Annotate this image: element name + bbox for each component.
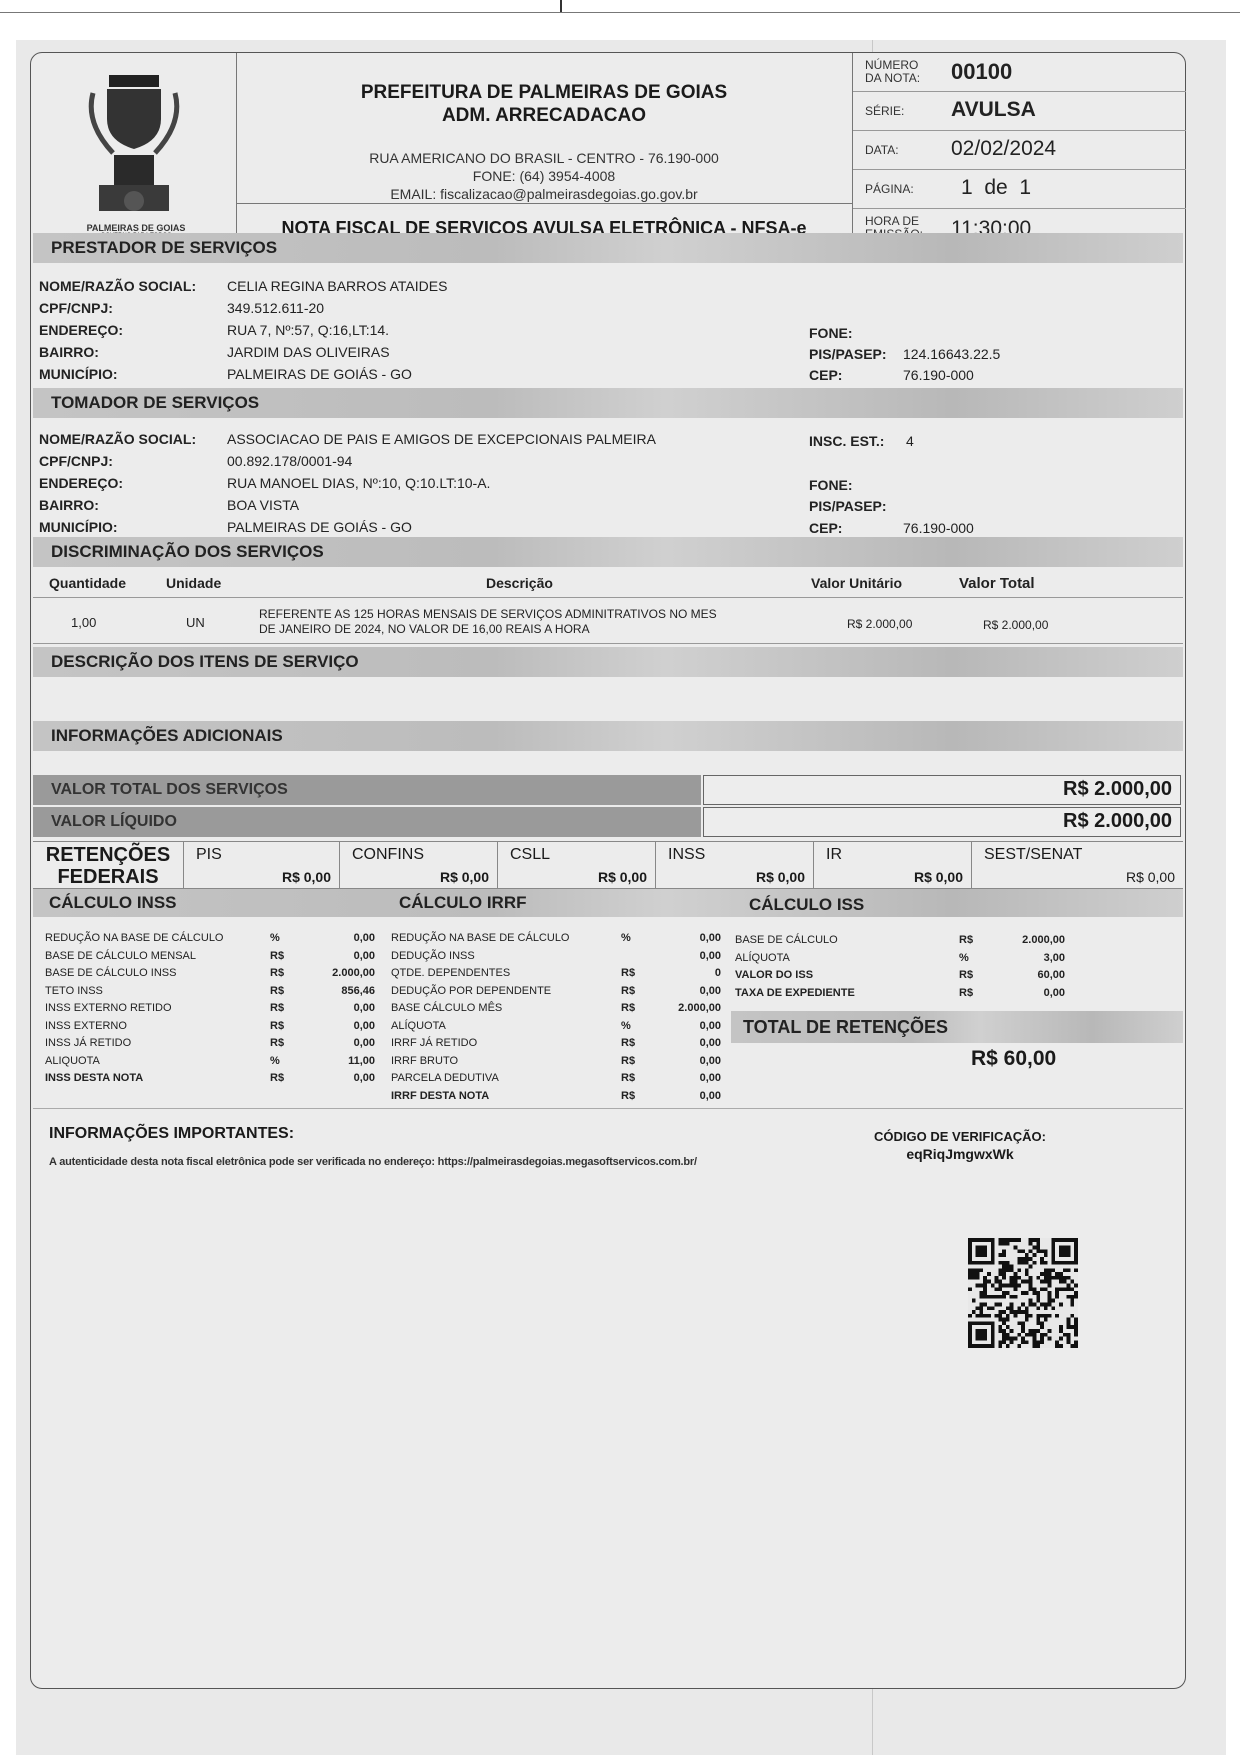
calc-row: BASE CÁLCULO MÊSR$2.000,00 xyxy=(391,999,721,1017)
calc-label: PARCELA DEDUTIVA xyxy=(391,1069,499,1087)
issuer-title: PREFEITURA DE PALMEIRAS DE GOIAS ADM. AR… xyxy=(236,81,852,127)
calc-row: INSS JÁ RETIDOR$0,00 xyxy=(45,1034,375,1052)
calc-unit: R$ xyxy=(959,931,973,949)
calc-row: IRRF JÁ RETIDOR$0,00 xyxy=(391,1034,721,1052)
calc-unit: % xyxy=(959,949,969,967)
calc-label: INSS EXTERNO RETIDO xyxy=(45,999,172,1017)
pagina-label: PÁGINA: xyxy=(865,183,914,196)
pagina-row: PÁGINA: 1 de 1 xyxy=(853,170,1186,209)
calc-unit: R$ xyxy=(621,1087,635,1105)
calc-label: BASE DE CÁLCULO MENSAL xyxy=(45,947,196,965)
tomador-cpf: 00.892.178/0001-94 xyxy=(227,453,352,469)
calc-value: 0,00 xyxy=(651,947,721,965)
calc-value: 0,00 xyxy=(305,1017,375,1035)
calc-row: ALÍQUOTA%0,00 xyxy=(391,1017,721,1035)
calc-row: DEDUÇÃO INSS0,00 xyxy=(391,947,721,965)
calc-label: ALIQUOTA xyxy=(45,1052,100,1070)
calc-value: 0,00 xyxy=(305,1034,375,1052)
calc-label: QTDE. DEPENDENTES xyxy=(391,964,510,982)
nfsa-document: PALMEIRAS DE GOIAS GOVERNO PARA TODOS PR… xyxy=(30,52,1186,1689)
prestador-bairro: JARDIM DAS OLIVEIRAS xyxy=(227,344,390,360)
codigo-verificacao-label: CÓDIGO DE VERIFICAÇÃO: xyxy=(851,1129,1069,1144)
calc-row: TETO INSSR$856,46 xyxy=(45,982,375,1000)
prestador-bairro-label: BAIRRO: xyxy=(39,344,99,360)
calc-label: BASE DE CÁLCULO xyxy=(735,931,838,949)
calc-unit: R$ xyxy=(270,964,284,982)
calc-unit: % xyxy=(270,929,280,947)
tomador-fone-label: FONE: xyxy=(809,477,853,493)
calc-value: 0,00 xyxy=(305,999,375,1017)
tomador-endereco-label: ENDEREÇO: xyxy=(39,475,123,491)
codigo-verificacao: eqRiqJmgwxWk xyxy=(851,1146,1069,1162)
calculo-irrf-title: CÁLCULO IRRF xyxy=(399,893,526,913)
calc-unit: R$ xyxy=(270,999,284,1017)
informacoes-title: INFORMAÇÕES IMPORTANTES: xyxy=(49,1125,294,1143)
valor-liquido-value: R$ 2.000,00 xyxy=(703,807,1181,837)
calc-label: BASE CÁLCULO MÊS xyxy=(391,999,502,1017)
row-valor-total: R$ 2.000,00 xyxy=(983,618,1048,632)
tomador-cep-label: CEP: xyxy=(809,520,842,536)
tomador-insc-label: INSC. EST.: xyxy=(809,433,884,449)
header-logo-cell: PALMEIRAS DE GOIAS GOVERNO PARA TODOS xyxy=(31,53,237,251)
calc-unit: R$ xyxy=(621,982,635,1000)
tomador-bairro: BOA VISTA xyxy=(227,497,299,513)
serie-value: AVULSA xyxy=(951,98,1036,122)
calc-value: 2.000,00 xyxy=(305,964,375,982)
calc-row: IRRF BRUTOR$0,00 xyxy=(391,1052,721,1070)
calc-unit: R$ xyxy=(621,999,635,1017)
calc-unit: % xyxy=(621,1017,631,1035)
calc-label: INSS JÁ RETIDO xyxy=(45,1034,131,1052)
issuer-email: EMAIL: fiscalizacao@palmeirasdegoias.go.… xyxy=(236,185,852,203)
calc-unit: R$ xyxy=(270,947,284,965)
calc-label: BASE DE CÁLCULO INSS xyxy=(45,964,176,982)
retencao-ir: IRR$ 0,00 xyxy=(813,842,971,888)
calc-unit: R$ xyxy=(621,1052,635,1070)
calc-value: 2.000,00 xyxy=(651,999,721,1017)
calc-label: TAXA DE EXPEDIENTE xyxy=(735,984,855,1002)
tomador-bairro-label: BAIRRO: xyxy=(39,497,99,513)
calc-row: ALÍQUOTA%3,00 xyxy=(735,949,1065,967)
calc-value: 11,00 xyxy=(305,1052,375,1070)
prestador-nome-label: NOME/RAZÃO SOCIAL: xyxy=(39,278,196,294)
issuer-department: ADM. ARRECADACAO xyxy=(236,104,852,127)
calc-unit: R$ xyxy=(270,982,284,1000)
row-valor-unitario: R$ 2.000,00 xyxy=(847,617,912,631)
calc-row: INSS DESTA NOTAR$0,00 xyxy=(45,1069,375,1087)
retencoes-title: RETENÇÕESFEDERAIS xyxy=(33,842,183,888)
calc-label: ALÍQUOTA xyxy=(735,949,790,967)
tomador-insc: 4 xyxy=(906,433,914,449)
calc-value: 856,46 xyxy=(305,982,375,1000)
tomador-cpf-label: CPF/CNPJ: xyxy=(39,453,113,469)
calculo-inss-title: CÁLCULO INSS xyxy=(49,893,177,913)
prestador-section-header: PRESTADOR DE SERVIÇOS xyxy=(33,233,1183,263)
calc-unit: R$ xyxy=(270,1017,284,1035)
row-quantidade: 1,00 xyxy=(71,615,96,630)
prestador-pis: 124.16643.22.5 xyxy=(903,346,1000,362)
row-descricao: REFERENTE AS 125 HORAS MENSAIS DE SERVIÇ… xyxy=(259,607,717,637)
pagina-value: 1 de 1 xyxy=(961,176,1031,200)
numero-nota: 00100 xyxy=(951,59,1012,85)
calc-unit: R$ xyxy=(621,964,635,982)
calc-label: INSS DESTA NOTA xyxy=(45,1069,143,1087)
row-unidade: UN xyxy=(186,615,205,630)
info-adicionais-section-header: INFORMAÇÕES ADICIONAIS xyxy=(33,721,1183,751)
calc-label: VALOR DO ISS xyxy=(735,966,813,984)
calc-bottom-divider xyxy=(33,1108,1183,1109)
calc-row: DEDUÇÃO POR DEPENDENTER$0,00 xyxy=(391,982,721,1000)
calc-unit: R$ xyxy=(270,1034,284,1052)
prestador-cep: 76.190-000 xyxy=(903,367,974,383)
header-center: PREFEITURA DE PALMEIRAS DE GOIAS ADM. AR… xyxy=(236,53,852,251)
calc-row: BASE DE CÁLCULO MENSALR$0,00 xyxy=(45,947,375,965)
calc-value: 0,00 xyxy=(651,982,721,1000)
retencao-confins: CONFINSR$ 0,00 xyxy=(339,842,497,888)
calculo-iss-title: CÁLCULO ISS xyxy=(749,895,864,915)
calc-row: BASE DE CÁLCULO INSSR$2.000,00 xyxy=(45,964,375,982)
calc-unit: % xyxy=(621,929,631,947)
tomador-cep: 76.190-000 xyxy=(903,520,974,536)
calc-row: QTDE. DEPENDENTESR$0 xyxy=(391,964,721,982)
calc-label: IRRF BRUTO xyxy=(391,1052,458,1070)
calc-row: VALOR DO ISSR$60,00 xyxy=(735,966,1065,984)
issuer-name: PREFEITURA DE PALMEIRAS DE GOIAS xyxy=(236,81,852,104)
calc-row: INSS EXTERNO RETIDOR$0,00 xyxy=(45,999,375,1017)
calc-label: INSS EXTERNO xyxy=(45,1017,127,1035)
col-valor-total: Valor Total xyxy=(959,575,1035,592)
issuer-phone: FONE: (64) 3954-4008 xyxy=(236,167,852,185)
logo-city-name: PALMEIRAS DE GOIAS xyxy=(61,223,211,233)
valor-total-label: VALOR TOTAL DOS SERVIÇOS xyxy=(33,775,701,805)
calc-label: REDUÇÃO NA BASE DE CÁLCULO xyxy=(45,929,224,947)
total-retencoes-header: TOTAL DE RETENÇÕES xyxy=(731,1011,1183,1043)
calc-unit: % xyxy=(270,1052,280,1070)
col-unidade: Unidade xyxy=(166,575,221,591)
prestador-fone-label: FONE: xyxy=(809,325,853,341)
itens-section-header: DESCRIÇÃO DOS ITENS DE SERVIÇO xyxy=(33,647,1183,677)
calc-value: 0,00 xyxy=(651,1069,721,1087)
data-row: DATA: 02/02/2024 xyxy=(853,131,1186,170)
calc-row: ALIQUOTA%11,00 xyxy=(45,1052,375,1070)
valor-liquido-label: VALOR LÍQUIDO xyxy=(33,807,701,837)
retencao-inss: INSSR$ 0,00 xyxy=(655,842,813,888)
col-quantidade: Quantidade xyxy=(49,575,126,591)
calc-row: IRRF DESTA NOTAR$0,00 xyxy=(391,1087,721,1105)
calc-row: REDUÇÃO NA BASE DE CÁLCULO%0,00 xyxy=(391,929,721,947)
calc-label: ALÍQUOTA xyxy=(391,1017,446,1035)
prestador-endereco: RUA 7, Nº:57, Q:16,LT:14. xyxy=(227,322,389,338)
calc-unit: R$ xyxy=(959,984,973,1002)
calc-value: 0,00 xyxy=(651,1034,721,1052)
calc-value: 0,00 xyxy=(651,929,721,947)
calc-value: 3,00 xyxy=(995,949,1065,967)
calc-row: PARCELA DEDUTIVAR$0,00 xyxy=(391,1069,721,1087)
tomador-municipio: PALMEIRAS DE GOIÁS - GO xyxy=(227,519,412,535)
calc-value: 0,00 xyxy=(651,1017,721,1035)
calc-label: IRRF JÁ RETIDO xyxy=(391,1034,477,1052)
calc-row: BASE DE CÁLCULOR$2.000,00 xyxy=(735,931,1065,949)
calc-row: INSS EXTERNOR$0,00 xyxy=(45,1017,375,1035)
tomador-pis-label: PIS/PASEP: xyxy=(809,498,887,514)
calc-value: 0 xyxy=(651,964,721,982)
calc-label: REDUÇÃO NA BASE DE CÁLCULO xyxy=(391,929,570,947)
retencao-csll: CSLLR$ 0,00 xyxy=(497,842,655,888)
header-meta: NÚMERODA NOTA: 00100 SÉRIE: AVULSA DATA:… xyxy=(852,53,1186,251)
prestador-municipio-label: MUNICÍPIO: xyxy=(39,366,118,382)
calc-unit: R$ xyxy=(621,1034,635,1052)
numero-label: NÚMERODA NOTA: xyxy=(865,59,920,85)
calc-label: DEDUÇÃO POR DEPENDENTE xyxy=(391,982,551,1000)
prestador-cep-label: CEP: xyxy=(809,367,842,383)
calc-value: 0,00 xyxy=(305,929,375,947)
calc-label: DEDUÇÃO INSS xyxy=(391,947,475,965)
col-valor-unitario: Valor Unitário xyxy=(811,575,902,591)
calc-value: 2.000,00 xyxy=(995,931,1065,949)
calc-row: TAXA DE EXPEDIENTER$0,00 xyxy=(735,984,1065,1002)
data-label: DATA: xyxy=(865,144,899,157)
retencao-sest-senat: SEST/SENATR$ 0,00 xyxy=(971,842,1183,888)
data-value: 02/02/2024 xyxy=(951,137,1056,161)
qr-code-icon[interactable] xyxy=(968,1238,1078,1348)
previous-page-edge xyxy=(0,0,1240,13)
calc-value: 60,00 xyxy=(995,966,1065,984)
calc-value: 0,00 xyxy=(651,1087,721,1105)
table-row-divider xyxy=(33,643,1183,644)
calc-row: REDUÇÃO NA BASE DE CÁLCULO%0,00 xyxy=(45,929,375,947)
prestador-endereco-label: ENDEREÇO: xyxy=(39,322,123,338)
prestador-pis-label: PIS/PASEP: xyxy=(809,346,887,362)
calc-unit: R$ xyxy=(959,966,973,984)
prestador-cpf-label: CPF/CNPJ: xyxy=(39,300,113,316)
valor-total-value: R$ 2.000,00 xyxy=(703,775,1181,805)
prestador-municipio: PALMEIRAS DE GOIÁS - GO xyxy=(227,366,412,382)
prestador-cpf: 349.512.611-20 xyxy=(227,300,324,316)
serie-row: SÉRIE: AVULSA xyxy=(853,92,1186,131)
calc-unit: R$ xyxy=(621,1069,635,1087)
tomador-endereco: RUA MANOEL DIAS, Nº:10, Q:10.LT:10-A. xyxy=(227,475,490,491)
calc-label: TETO INSS xyxy=(45,982,103,1000)
issuer-contact: RUA AMERICANO DO BRASIL - CENTRO - 76.19… xyxy=(236,149,852,203)
calculo-section-header xyxy=(33,889,1183,917)
municipal-crest-icon xyxy=(79,73,189,223)
calc-value: 0,00 xyxy=(305,947,375,965)
calc-value: 0,00 xyxy=(305,1069,375,1087)
total-retencoes-value: R$ 60,00 xyxy=(971,1047,1056,1071)
servicos-section-header: DISCRIMINAÇÃO DOS SERVIÇOS xyxy=(33,537,1183,567)
informacoes-text: A autenticidade desta nota fiscal eletrô… xyxy=(49,1156,697,1168)
retencao-pis: PISR$ 0,00 xyxy=(183,842,339,888)
calc-value: 0,00 xyxy=(995,984,1065,1002)
tomador-municipio-label: MUNICÍPIO: xyxy=(39,519,118,535)
serie-label: SÉRIE: xyxy=(865,105,904,118)
table-header-divider xyxy=(33,597,1183,598)
calc-value: 0,00 xyxy=(651,1052,721,1070)
issuer-address: RUA AMERICANO DO BRASIL - CENTRO - 76.19… xyxy=(236,149,852,167)
tomador-section-header: TOMADOR DE SERVIÇOS xyxy=(33,388,1183,418)
calc-label: IRRF DESTA NOTA xyxy=(391,1087,489,1105)
prestador-nome: CELIA REGINA BARROS ATAIDES xyxy=(227,278,447,294)
retencoes-federais: RETENÇÕESFEDERAIS PISR$ 0,00 CONFINSR$ 0… xyxy=(33,841,1183,889)
tomador-nome-label: NOME/RAZÃO SOCIAL: xyxy=(39,431,196,447)
calc-unit: R$ xyxy=(270,1069,284,1087)
numero-nota-row: NÚMERODA NOTA: 00100 xyxy=(853,53,1186,92)
col-descricao: Descrição xyxy=(486,575,553,591)
tomador-nome: ASSOCIACAO DE PAIS E AMIGOS DE EXCEPCION… xyxy=(227,431,656,447)
